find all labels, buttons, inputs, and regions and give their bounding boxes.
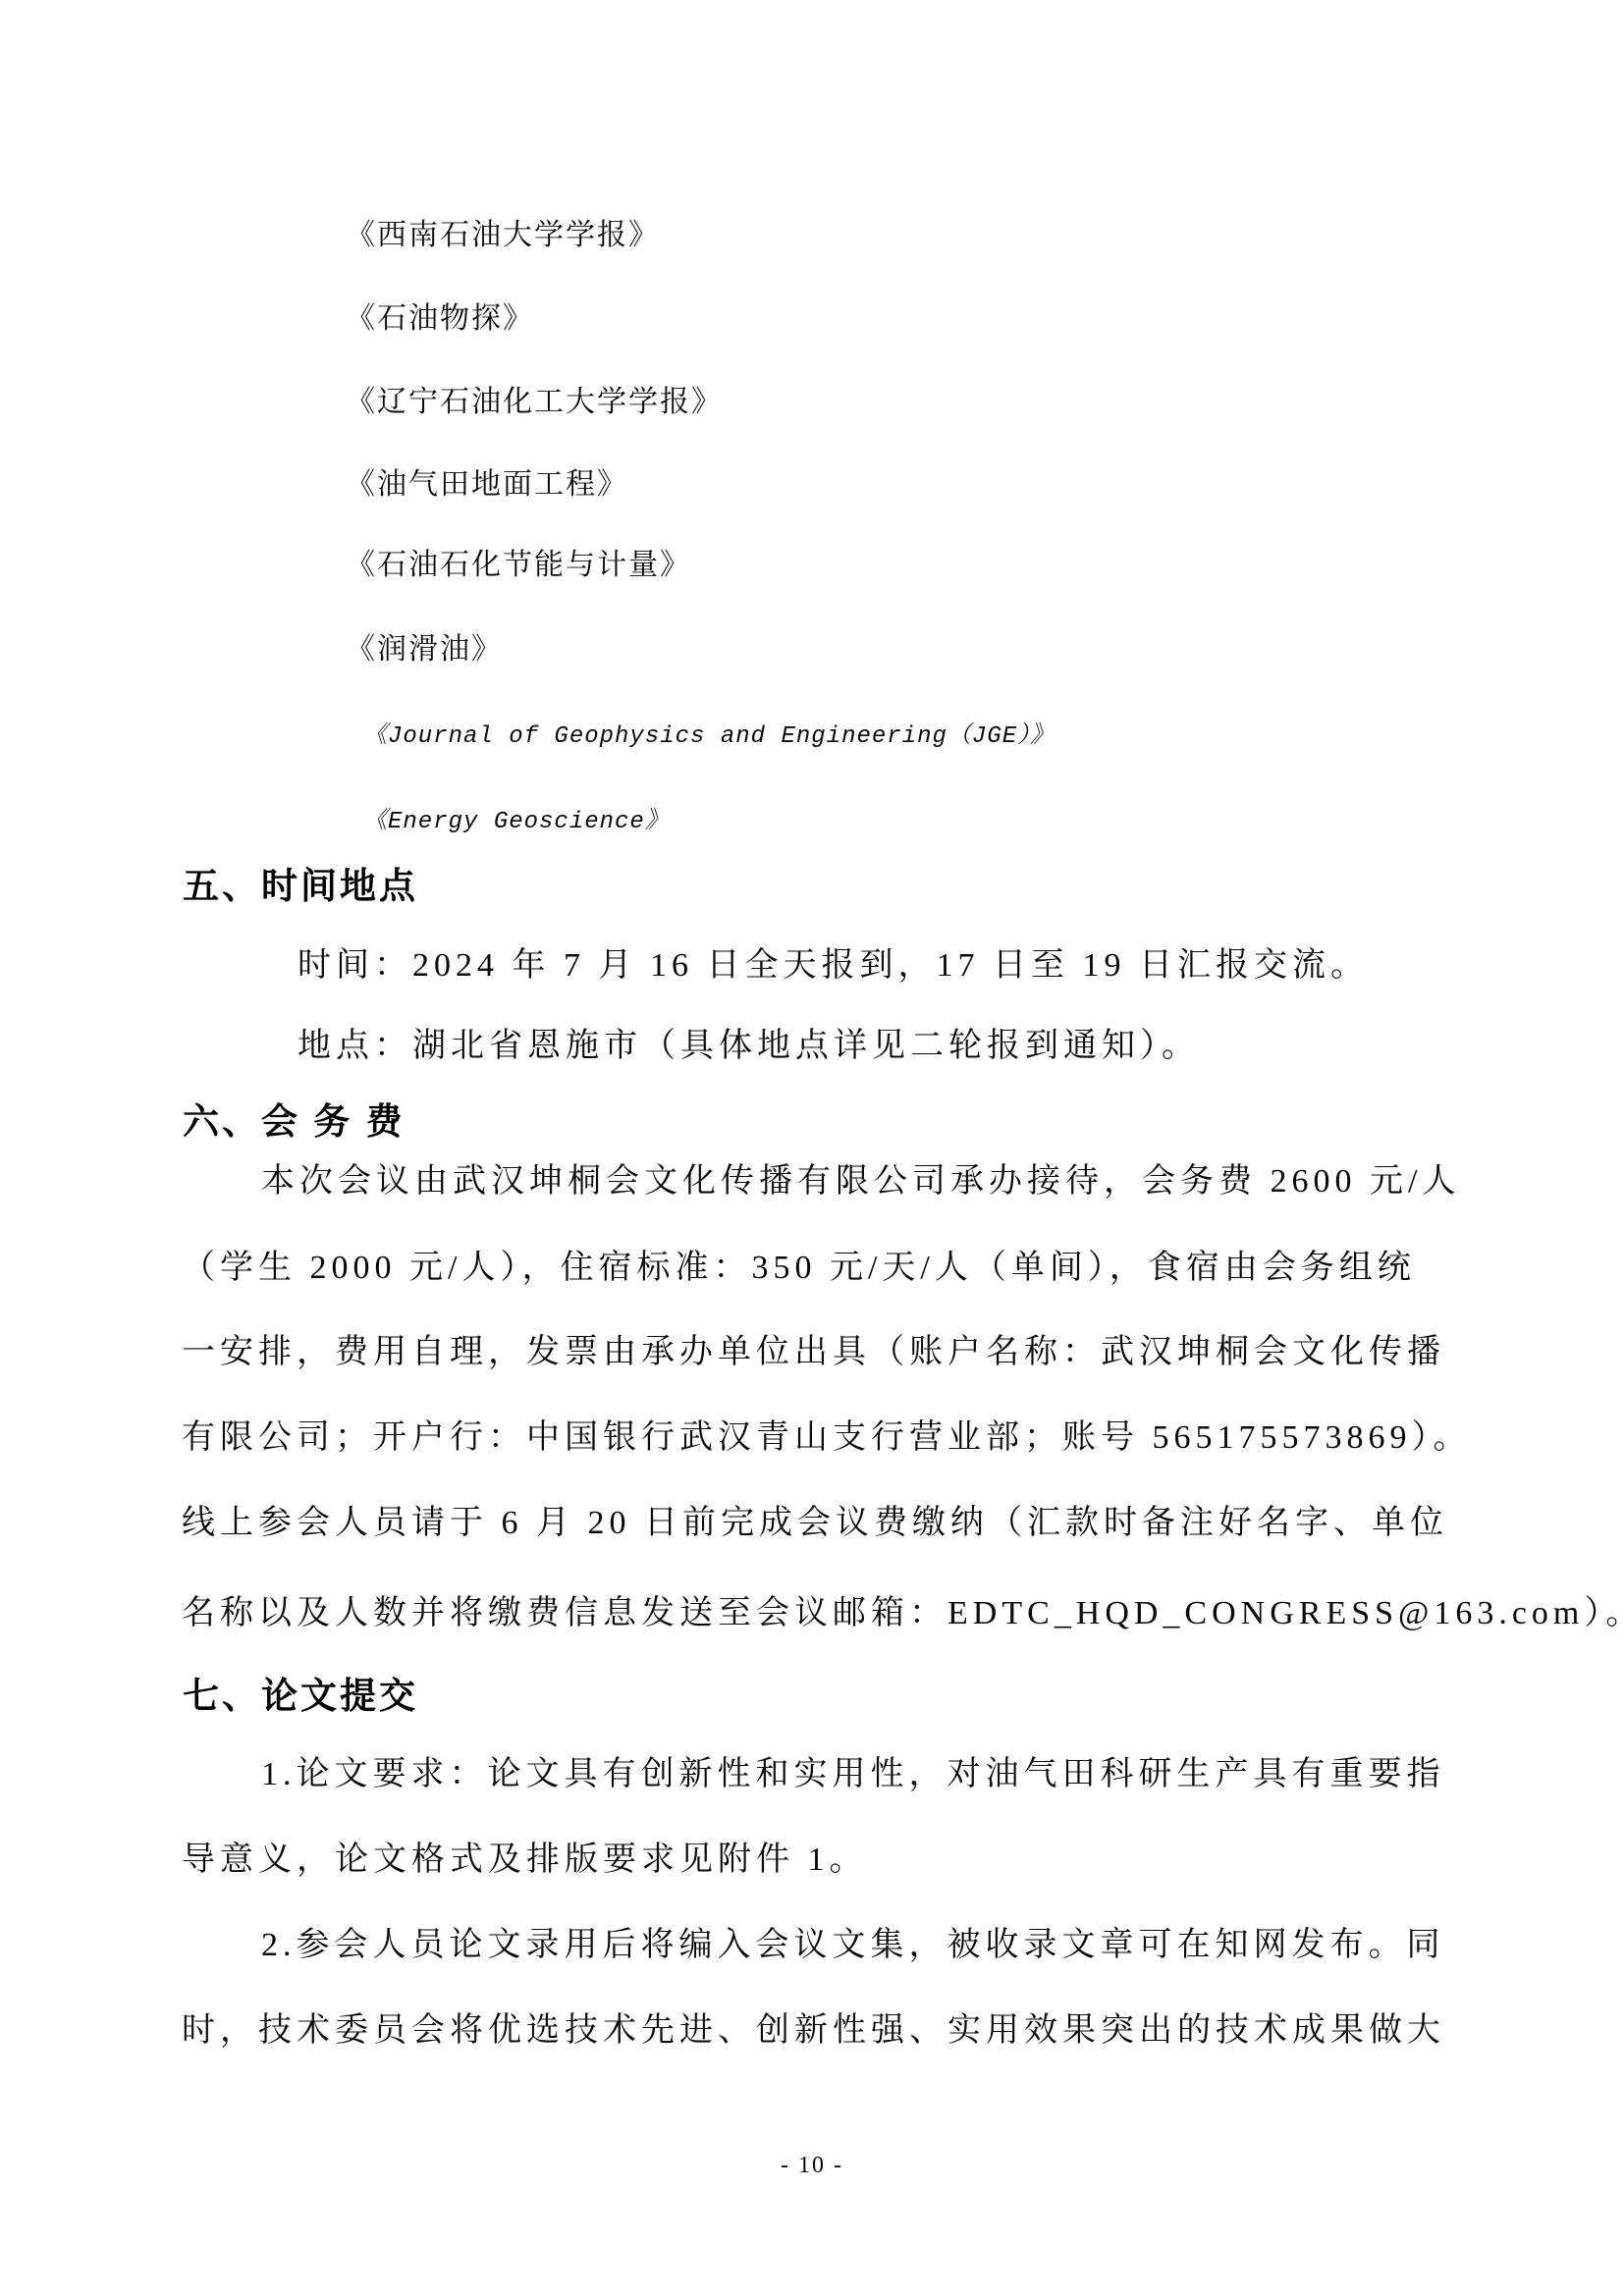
paper-paragraph-line: 2.参会人员论文录用后将编入会议文集，被收录文章可在知网发布。同	[261, 1917, 1445, 1965]
paper-paragraph-line: 导意义，论文格式及排版要求见附件 1。	[182, 1832, 868, 1880]
page-number: - 10 -	[0, 2153, 1624, 2179]
fee-paragraph-line: 线上参会人员请于 6 月 20 日前完成会议费缴纳（汇款时备注好名字、单位	[182, 1495, 1448, 1543]
journal-item: 《西南石油大学学报》	[346, 210, 660, 253]
fee-paragraph-line: 有限公司；开户行：中国银行武汉青山支行营业部；账号 565175573869）。	[182, 1410, 1472, 1458]
fee-paragraph-line: 一安排，费用自理，发票由承办单位出具（账户名称：武汉坤桐会文化传播	[182, 1324, 1445, 1372]
section-heading-time-place: 五、时间地点	[183, 856, 418, 909]
paper-paragraph-line: 1.论文要求：论文具有创新性和实用性，对油气田科研生产具有重要指	[261, 1746, 1445, 1794]
time-line: 时间：2024 年 7 月 16 日全天报到，17 日至 19 日汇报交流。	[298, 937, 1369, 986]
place-line: 地点：湖北省恩施市（具体地点详见二轮报到通知）。	[298, 1018, 1200, 1066]
journal-item: 《润滑油》	[346, 624, 503, 667]
journal-item: 《石油物探》	[346, 294, 534, 337]
journal-item-english: 《Energy Geoscience》	[363, 800, 670, 835]
journal-item: 《油气田地面工程》	[346, 459, 628, 503]
fee-paragraph-line: 本次会议由武汉坤桐会文化传播有限公司承办接待，会务费 2600 元/人	[261, 1153, 1460, 1201]
document-page: 《西南石油大学学报》 《石油物探》 《辽宁石油化工大学学报》 《油气田地面工程》…	[0, 0, 1624, 2296]
journal-item: 《辽宁石油化工大学学报》	[346, 377, 723, 420]
journal-item-english: 《Journal of Geophysics and Engineering（J…	[363, 715, 1055, 750]
paper-paragraph-line: 时，技术委员会将优选技术先进、创新性强、实用效果突出的技术成果做大	[182, 2002, 1445, 2051]
journal-item: 《石油石化节能与计量》	[346, 540, 691, 583]
section-heading-paper: 七、论文提交	[183, 1666, 418, 1719]
fee-paragraph-line: （学生 2000 元/人），住宿标准：350 元/天/人（单间），食宿由会务组统	[182, 1240, 1416, 1288]
fee-paragraph-line: 名称以及人数并将缴费信息发送至会议邮箱：EDTC_HQD_CONGRESS@16…	[182, 1585, 1624, 1633]
section-heading-fee: 六、会 务 费	[183, 1092, 406, 1145]
